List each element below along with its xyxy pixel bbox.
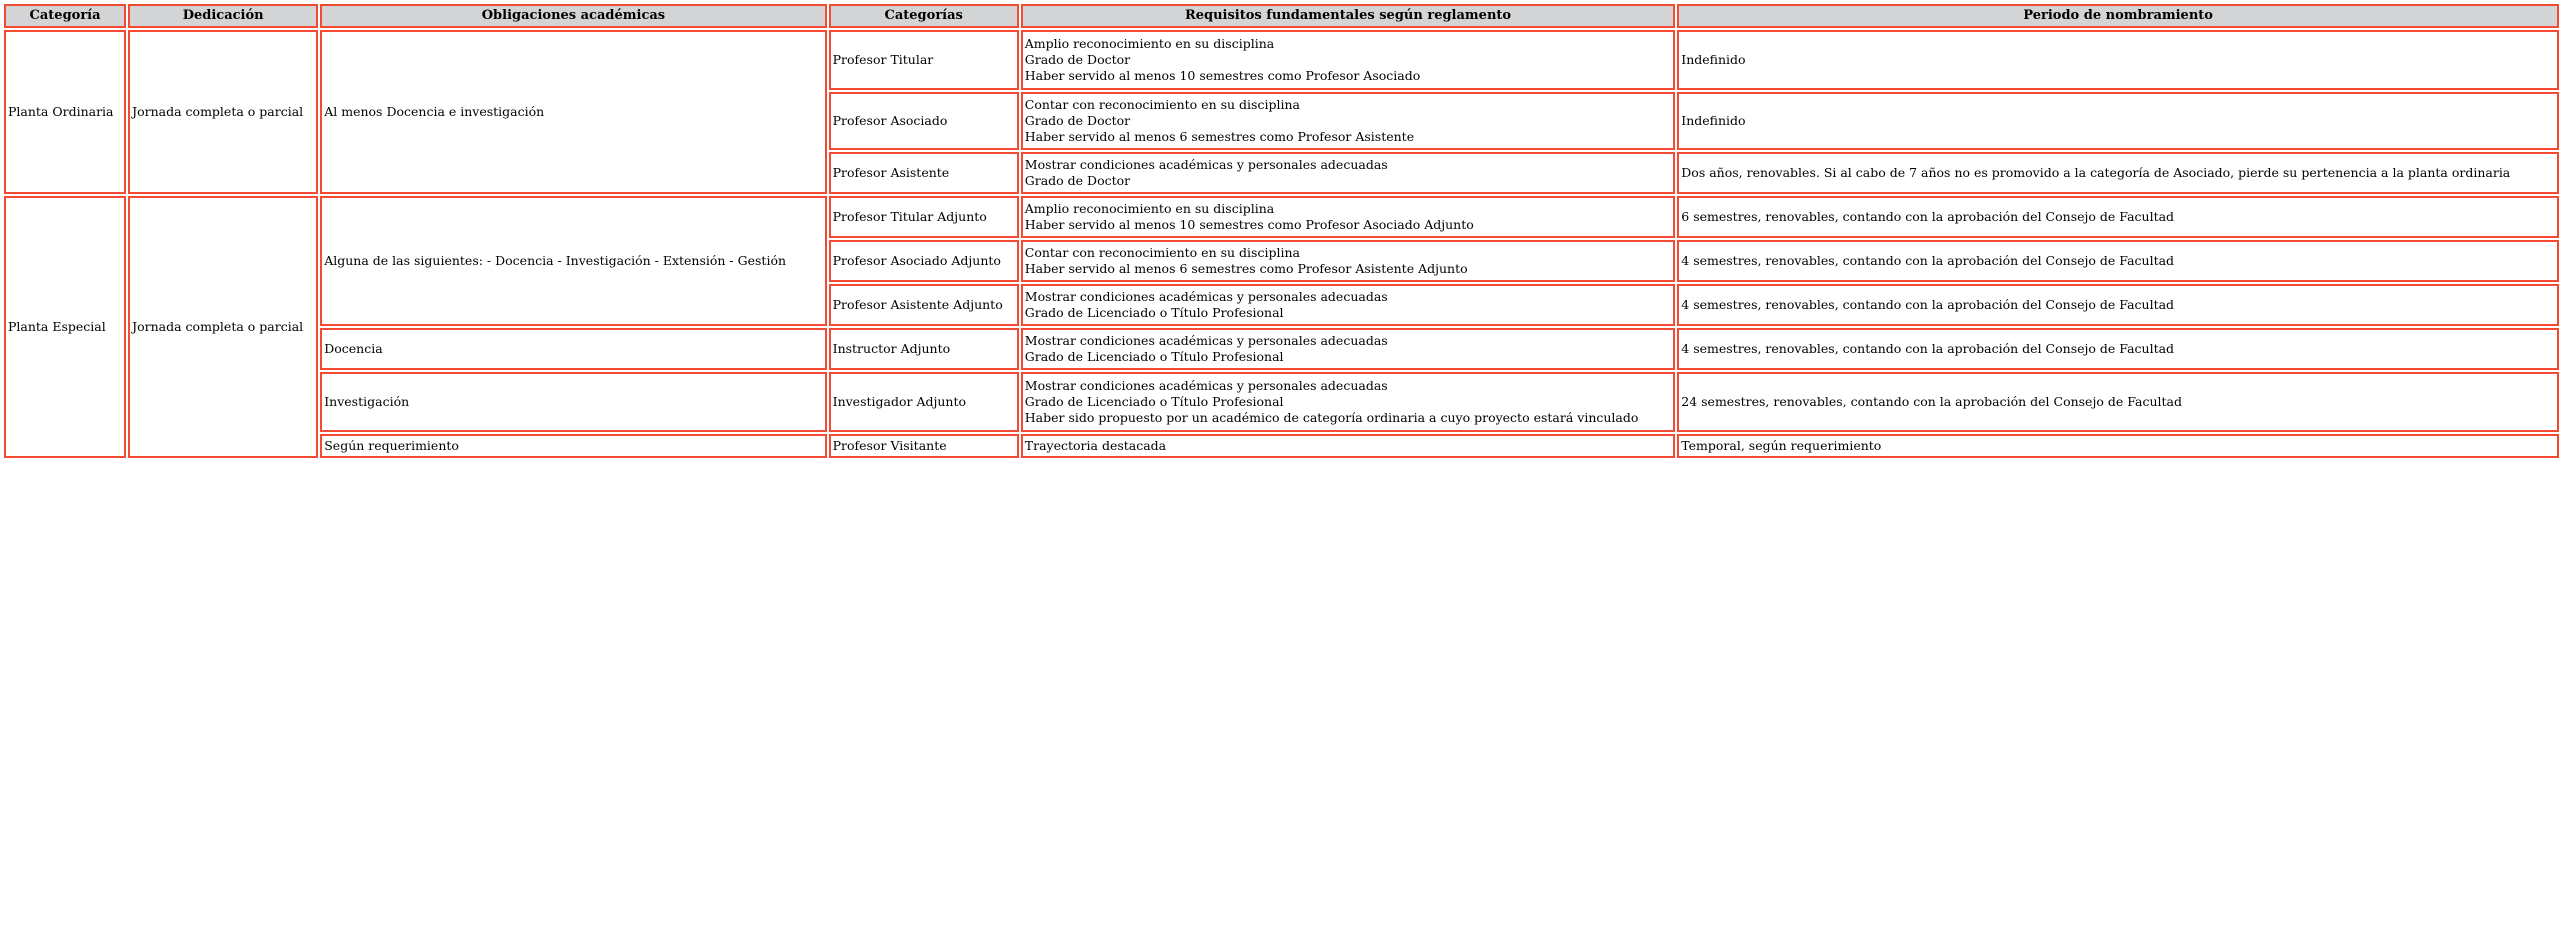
table-row: Planta Ordinaria Jornada completa o parc… <box>4 30 2559 90</box>
requisito-line: Mostrar condiciones académicas y persona… <box>1025 378 1672 394</box>
requisitos-cell: Mostrar condiciones académicas y persona… <box>1021 328 1676 370</box>
requisitos-cell: Mostrar condiciones académicas y persona… <box>1021 152 1676 194</box>
group-categoria-cell: Planta Ordinaria <box>4 30 126 194</box>
categoria-cell: Instructor Adjunto <box>829 328 1019 370</box>
requisitos-cell: Contar con reconocimiento en su discipli… <box>1021 92 1676 150</box>
requisito-line: Trayectoria destacada <box>1025 438 1672 454</box>
periodo-cell: 6 semestres, renovables, contando con la… <box>1677 196 2559 238</box>
requisito-line: Contar con reconocimiento en su discipli… <box>1025 97 1672 113</box>
academic-categories-table: Categoría Dedicación Obligaciones académ… <box>2 2 2561 460</box>
periodo-cell: Indefinido <box>1677 30 2559 90</box>
requisito-line: Haber servido al menos 6 semestres como … <box>1025 261 1672 277</box>
table-row: Docencia Instructor Adjunto Mostrar cond… <box>4 328 2559 370</box>
table-row: Planta Especial Jornada completa o parci… <box>4 196 2559 238</box>
periodo-cell: 24 semestres, renovables, contando con l… <box>1677 372 2559 432</box>
requisitos-cell: Contar con reconocimiento en su discipli… <box>1021 240 1676 282</box>
requisito-line: Haber servido al menos 10 semestres como… <box>1025 68 1672 84</box>
header-requisitos: Requisitos fundamentales según reglament… <box>1021 4 1676 28</box>
periodo-cell: 4 semestres, renovables, contando con la… <box>1677 284 2559 326</box>
categoria-cell: Profesor Asociado Adjunto <box>829 240 1019 282</box>
requisito-line: Mostrar condiciones académicas y persona… <box>1025 333 1672 349</box>
categoria-cell: Profesor Titular Adjunto <box>829 196 1019 238</box>
obligaciones-cell: Según requerimiento <box>320 434 826 458</box>
requisito-line: Grado de Licenciado o Título Profesional <box>1025 305 1672 321</box>
requisito-line: Grado de Doctor <box>1025 173 1672 189</box>
table-row: Según requerimiento Profesor Visitante T… <box>4 434 2559 458</box>
periodo-cell: Dos años, renovables. Si al cabo de 7 añ… <box>1677 152 2559 194</box>
requisitos-cell: Amplio reconocimiento en su disciplina G… <box>1021 30 1676 90</box>
obligaciones-cell: Al menos Docencia e investigación <box>320 30 826 194</box>
header-categoria: Categoría <box>4 4 126 28</box>
requisito-line: Haber servido al menos 6 semestres como … <box>1025 129 1672 145</box>
categoria-cell: Profesor Asistente Adjunto <box>829 284 1019 326</box>
categoria-cell: Profesor Titular <box>829 30 1019 90</box>
periodo-cell: Temporal, según requerimiento <box>1677 434 2559 458</box>
header-obligaciones: Obligaciones académicas <box>320 4 826 28</box>
categoria-cell: Profesor Asociado <box>829 92 1019 150</box>
requisito-line: Grado de Doctor <box>1025 52 1672 68</box>
obligaciones-cell: Docencia <box>320 328 826 370</box>
categoria-cell: Profesor Asistente <box>829 152 1019 194</box>
requisitos-cell: Trayectoria destacada <box>1021 434 1676 458</box>
requisito-line: Grado de Licenciado o Título Profesional <box>1025 349 1672 365</box>
group-categoria-cell: Planta Especial <box>4 196 126 458</box>
requisito-line: Haber sido propuesto por un académico de… <box>1025 410 1672 426</box>
categoria-cell: Investigador Adjunto <box>829 372 1019 432</box>
periodo-cell: 4 semestres, renovables, contando con la… <box>1677 328 2559 370</box>
obligaciones-cell: Investigación <box>320 372 826 432</box>
header-periodo: Periodo de nombramiento <box>1677 4 2559 28</box>
periodo-cell: Indefinido <box>1677 92 2559 150</box>
obligaciones-cell: Alguna de las siguientes: - Docencia - I… <box>320 196 826 326</box>
requisito-line: Amplio reconocimiento en su disciplina <box>1025 201 1672 217</box>
header-dedicacion: Dedicación <box>128 4 318 28</box>
requisito-line: Haber servido al menos 10 semestres como… <box>1025 217 1672 233</box>
requisitos-cell: Mostrar condiciones académicas y persona… <box>1021 372 1676 432</box>
header-categorias: Categorías <box>829 4 1019 28</box>
requisito-line: Mostrar condiciones académicas y persona… <box>1025 289 1672 305</box>
group-dedicacion-cell: Jornada completa o parcial <box>128 196 318 458</box>
requisito-line: Grado de Doctor <box>1025 113 1672 129</box>
requisitos-cell: Amplio reconocimiento en su disciplina H… <box>1021 196 1676 238</box>
header-row: Categoría Dedicación Obligaciones académ… <box>4 4 2559 28</box>
group-dedicacion-cell: Jornada completa o parcial <box>128 30 318 194</box>
requisitos-cell: Mostrar condiciones académicas y persona… <box>1021 284 1676 326</box>
requisito-line: Amplio reconocimiento en su disciplina <box>1025 36 1672 52</box>
requisito-line: Grado de Licenciado o Título Profesional <box>1025 394 1672 410</box>
requisito-line: Mostrar condiciones académicas y persona… <box>1025 157 1672 173</box>
requisito-line: Contar con reconocimiento en su discipli… <box>1025 245 1672 261</box>
table-row: Investigación Investigador Adjunto Mostr… <box>4 372 2559 432</box>
periodo-cell: 4 semestres, renovables, contando con la… <box>1677 240 2559 282</box>
categoria-cell: Profesor Visitante <box>829 434 1019 458</box>
